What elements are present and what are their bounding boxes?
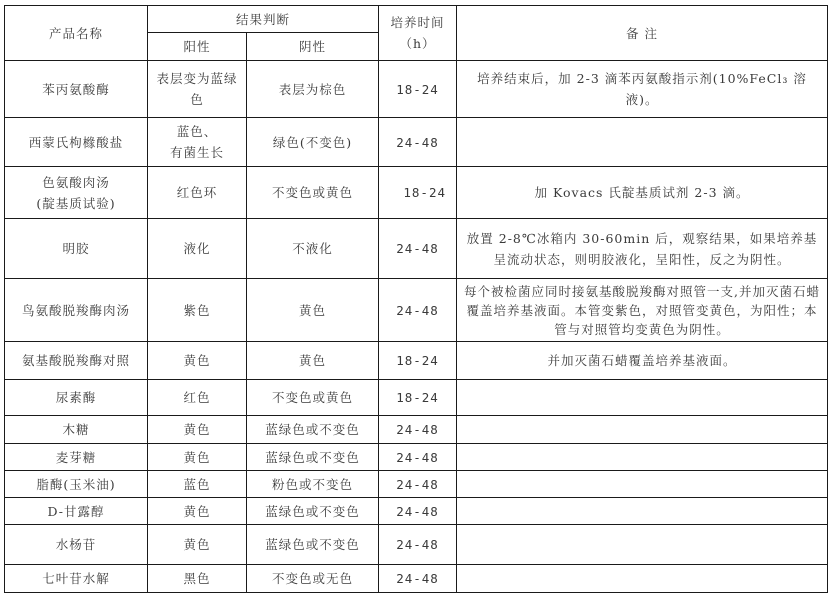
culture-time: 24-48 — [379, 525, 457, 565]
product-name: 明胶 — [5, 219, 148, 279]
header-positive: 阳性 — [148, 33, 247, 61]
positive-result: 红色 — [148, 380, 247, 416]
negative-result: 绿色(不变色) — [247, 118, 379, 167]
remark — [457, 444, 828, 471]
table-row: 西蒙氏枸橼酸盐 蓝色、 有菌生长 绿色(不变色) 24-48 — [5, 118, 828, 167]
culture-time: 18-24 — [379, 380, 457, 416]
negative-result: 蓝绿色或不变色 — [247, 525, 379, 565]
negative-result: 表层为棕色 — [247, 61, 379, 118]
positive-result: 黄色 — [148, 444, 247, 471]
header-remarks: 备 注 — [457, 6, 828, 61]
culture-time: 24-48 — [379, 444, 457, 471]
table-row: 氨基酸脱羧酶对照 黄色 黄色 18-24 并加灭菌石蜡覆盖培养基液面。 — [5, 342, 828, 380]
header-culture-time-unit: （h） — [383, 33, 452, 54]
negative-result: 粉色或不变色 — [247, 471, 379, 498]
negative-result: 黄色 — [247, 279, 379, 342]
table-row: 明胶 液化 不液化 24-48 放置 2-8℃冰箱内 30-60min 后，观察… — [5, 219, 828, 279]
product-name: 七叶苷水解 — [5, 565, 148, 593]
table-row: 水杨苷 黄色 蓝绿色或不变色 24-48 — [5, 525, 828, 565]
table-row: D-甘露醇 黄色 蓝绿色或不变色 24-48 — [5, 498, 828, 525]
remark — [457, 471, 828, 498]
product-name: 麦芽糖 — [5, 444, 148, 471]
culture-time: 24-48 — [379, 565, 457, 593]
remark — [457, 498, 828, 525]
remark: 加 Kovacs 氏靛基质试剂 2-3 滴。 — [457, 167, 828, 219]
remark — [457, 118, 828, 167]
table-row: 脂酶(玉米油) 蓝色 粉色或不变色 24-48 — [5, 471, 828, 498]
negative-result: 蓝绿色或不变色 — [247, 416, 379, 444]
positive-result: 表层变为蓝绿色 — [148, 61, 247, 118]
remark — [457, 525, 828, 565]
negative-result: 蓝绿色或不变色 — [247, 444, 379, 471]
negative-result: 不变色或黄色 — [247, 167, 379, 219]
negative-result: 不变色或黄色 — [247, 380, 379, 416]
positive-result: 蓝色、 有菌生长 — [148, 118, 247, 167]
table-row: 木糖 黄色 蓝绿色或不变色 24-48 — [5, 416, 828, 444]
header-culture-time: 培养时间 （h） — [379, 6, 457, 61]
remark: 培养结束后，加 2-3 滴苯丙氨酸指示剂(10%FeCl₃ 溶液)。 — [457, 61, 828, 118]
negative-result: 黄色 — [247, 342, 379, 380]
product-name-line1: 色氨酸肉汤 — [9, 172, 143, 193]
remark — [457, 416, 828, 444]
positive-result-line2: 有菌生长 — [152, 142, 242, 163]
header-negative: 阴性 — [247, 33, 379, 61]
positive-result: 液化 — [148, 219, 247, 279]
table-row: 色氨酸肉汤 (靛基质试验) 红色环 不变色或黄色 18-24 加 Kovacs … — [5, 167, 828, 219]
culture-time: 24-48 — [379, 471, 457, 498]
positive-result-line1: 蓝色、 — [152, 121, 242, 142]
positive-result: 紫色 — [148, 279, 247, 342]
culture-time: 24-48 — [379, 219, 457, 279]
product-name: 色氨酸肉汤 (靛基质试验) — [5, 167, 148, 219]
remark: 每个被检菌应同时接氨基酸脱羧酶对照管一支,并加灭菌石蜡覆盖培养基液面。本管变紫色… — [457, 279, 828, 342]
positive-result: 黑色 — [148, 565, 247, 593]
positive-result: 黄色 — [148, 498, 247, 525]
culture-time: 24-48 — [379, 279, 457, 342]
product-name: 西蒙氏枸橼酸盐 — [5, 118, 148, 167]
product-name: 水杨苷 — [5, 525, 148, 565]
negative-result: 不液化 — [247, 219, 379, 279]
negative-result: 不变色或无色 — [247, 565, 379, 593]
remark: 并加灭菌石蜡覆盖培养基液面。 — [457, 342, 828, 380]
positive-result: 红色环 — [148, 167, 247, 219]
table-row: 苯丙氨酸酶 表层变为蓝绿色 表层为棕色 18-24 培养结束后，加 2-3 滴苯… — [5, 61, 828, 118]
positive-result: 黄色 — [148, 416, 247, 444]
culture-time: 24-48 — [379, 498, 457, 525]
remark — [457, 380, 828, 416]
product-name: 脂酶(玉米油) — [5, 471, 148, 498]
table-row: 七叶苷水解 黑色 不变色或无色 24-48 — [5, 565, 828, 593]
table-row: 麦芽糖 黄色 蓝绿色或不变色 24-48 — [5, 444, 828, 471]
product-name: 鸟氨酸脱羧酶肉汤 — [5, 279, 148, 342]
positive-result: 黄色 — [148, 342, 247, 380]
remark: 放置 2-8℃冰箱内 30-60min 后，观察结果，如果培养基呈流动状态，则明… — [457, 219, 828, 279]
product-name: 苯丙氨酸酶 — [5, 61, 148, 118]
header-product-name: 产品名称 — [5, 6, 148, 61]
positive-result: 蓝色 — [148, 471, 247, 498]
biochemical-test-table: 产品名称 结果判断 培养时间 （h） 备 注 阳性 阴性 苯丙氨酸酶 表层变为蓝… — [4, 5, 828, 593]
culture-time: 24-48 — [379, 416, 457, 444]
product-name: 氨基酸脱羧酶对照 — [5, 342, 148, 380]
header-result-judgment: 结果判断 — [148, 6, 379, 33]
header-culture-time-label: 培养时间 — [383, 12, 452, 33]
culture-time: 18-24 — [379, 167, 457, 219]
product-name-line2: (靛基质试验) — [9, 193, 143, 214]
culture-time: 18-24 — [379, 342, 457, 380]
culture-time: 24-48 — [379, 118, 457, 167]
negative-result: 蓝绿色或不变色 — [247, 498, 379, 525]
positive-result: 黄色 — [148, 525, 247, 565]
product-name: 木糖 — [5, 416, 148, 444]
table-row: 鸟氨酸脱羧酶肉汤 紫色 黄色 24-48 每个被检菌应同时接氨基酸脱羧酶对照管一… — [5, 279, 828, 342]
remark — [457, 565, 828, 593]
product-name: 尿素酶 — [5, 380, 148, 416]
culture-time: 18-24 — [379, 61, 457, 118]
product-name: D-甘露醇 — [5, 498, 148, 525]
table-row: 尿素酶 红色 不变色或黄色 18-24 — [5, 380, 828, 416]
